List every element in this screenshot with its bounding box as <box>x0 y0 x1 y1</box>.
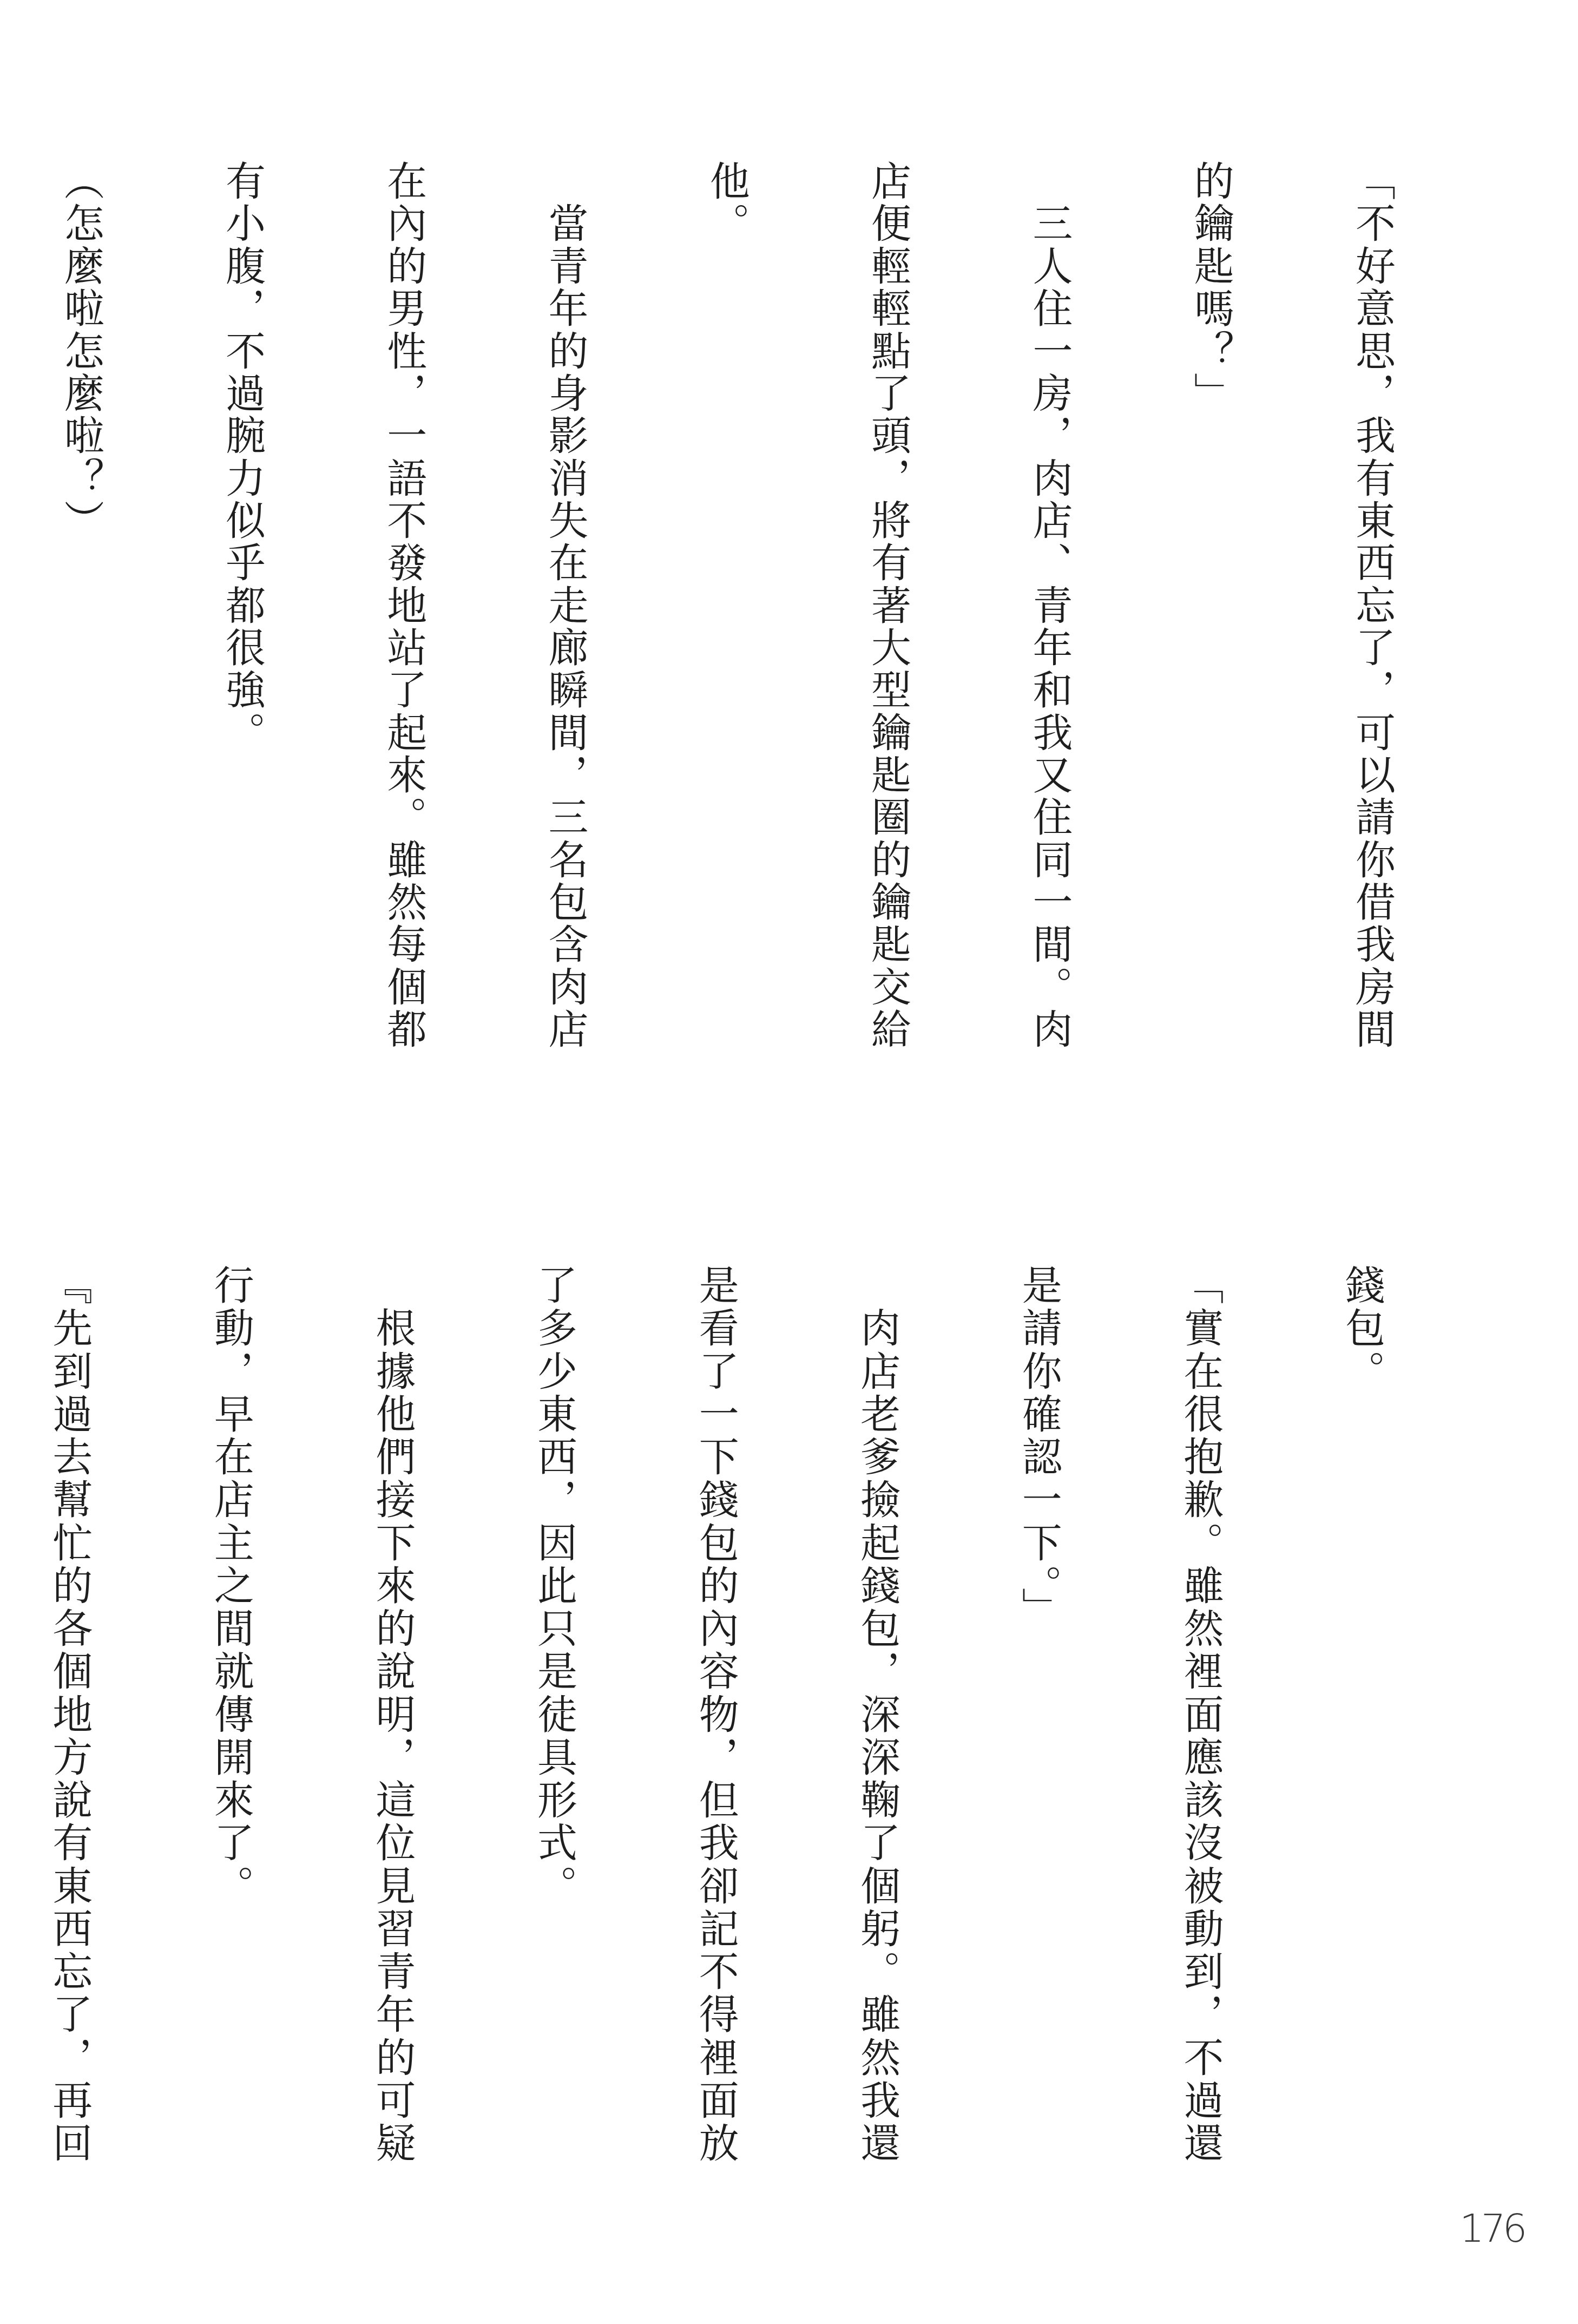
text-column: 的鑰匙嗎？」 <box>1176 160 1245 1059</box>
text-column: 當青年的身影消失在走廊瞬間，三名包含肉店 <box>531 160 599 1059</box>
page-number: 176 <box>1459 2209 1524 2248</box>
book-page: 「不好意思，我有東西忘了，可以請你借我房間 的鑰匙嗎？」 三人住一房，肉店、青年… <box>0 0 1578 2324</box>
text-column: 是請你確認一下。」 <box>1004 1264 1073 2174</box>
text-column: （怎麼啦怎麼啦？） <box>47 160 115 1059</box>
lower-text-block: 錢包。 「實在很抱歉。雖然裡面應該沒被動到，不過還 是請你確認一下。」 肉店老爹… <box>0 1264 1489 2174</box>
text-column: 在內的男性，一語不發地站了起來。雖然每個都 <box>370 160 438 1059</box>
text-column: 行動，早在店主之間就傳開來了。 <box>196 1264 265 2174</box>
text-column: 有小腹，不過腕力似乎都很強。 <box>208 160 277 1059</box>
text-column: 「實在很抱歉。雖然裡面應該沒被動到，不過還 <box>1166 1264 1235 2174</box>
text-column: 他。 <box>693 160 761 1059</box>
text-column: 三人住一房，肉店、青年和我又住同一間。肉 <box>1015 160 1083 1059</box>
text-column: 『先到過去幫忙的各個地方說有東西忘了，再回 <box>35 1264 104 2174</box>
text-column: 是看了一下錢包的內容物，但我卻記不得裡面放 <box>681 1264 750 2174</box>
text-column: 錢包。 <box>1327 1264 1396 2174</box>
text-column: 了多少東西，因此只是徒具形式。 <box>520 1264 588 2174</box>
upper-text-block: 「不好意思，我有東西忘了，可以請你借我房間 的鑰匙嗎？」 三人住一房，肉店、青年… <box>0 160 1500 1059</box>
text-column: 根據他們接下來的說明，這位見習青年的可疑 <box>358 1264 427 2174</box>
text-column: 「不好意思，我有東西忘了，可以請你借我房間 <box>1338 160 1406 1059</box>
text-column: 店便輕輕點了頭，將有著大型鑰匙圈的鑰匙交給 <box>854 160 922 1059</box>
text-column: 肉店老爹撿起錢包，深深鞠了個躬。雖然我還 <box>843 1264 912 2174</box>
